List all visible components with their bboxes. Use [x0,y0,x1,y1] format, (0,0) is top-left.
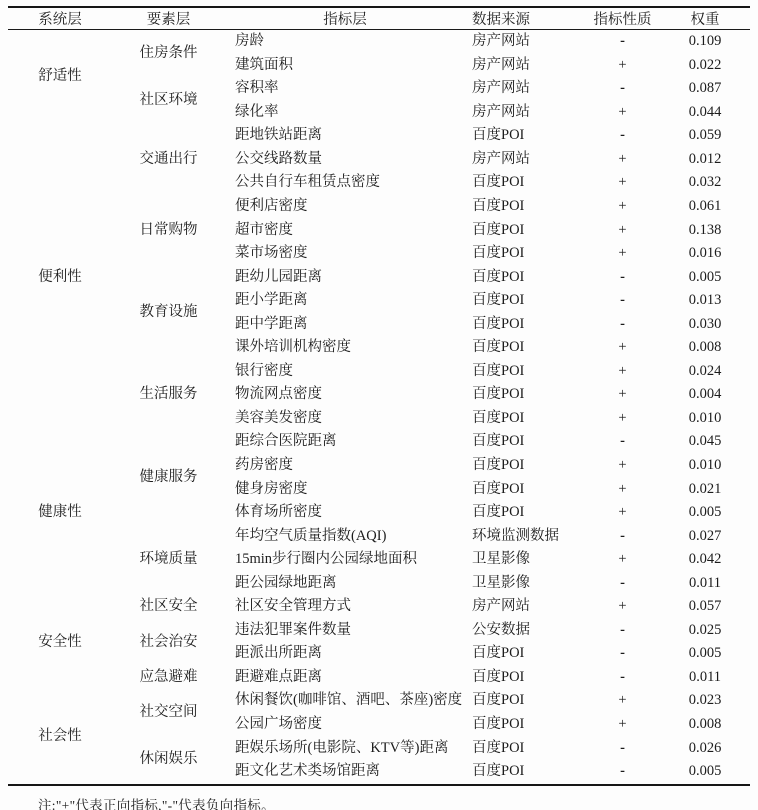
positive-sign: + [618,222,626,238]
source-cell: 百度POI [465,289,585,313]
indicator-cell: 药房密度 [225,454,465,478]
column-header-data-source: 数据来源 [465,7,585,30]
positive-sign: + [618,57,626,73]
source-cell: 卫星影像 [465,572,585,596]
negative-sign: - [620,575,625,591]
element-layer-cell: 社会治安 [112,619,225,666]
sign-cell: - [585,642,660,666]
table-row: 生活服务银行密度百度POI+0.024 [8,360,750,384]
negative-sign: - [620,80,625,96]
positive-sign: + [618,410,626,426]
source-cell: 百度POI [465,360,585,384]
source-cell: 百度POI [465,736,585,760]
indicator-cell: 建筑面积 [225,54,465,78]
weight-cell: 0.138 [660,218,750,242]
table-header-row: 系统层 要素层 指标层 数据来源 指标性质 权重 [8,7,750,30]
sign-cell: + [585,148,660,172]
weight-cell: 0.024 [660,360,750,384]
source-cell: 百度POI [465,242,585,266]
weight-cell: 0.010 [660,454,750,478]
positive-sign: + [618,174,626,190]
source-cell: 百度POI [465,689,585,713]
weight-cell: 0.061 [660,195,750,219]
positive-sign: + [618,151,626,167]
source-cell: 百度POI [465,477,585,501]
indicator-table-body: 舒适性住房条件房龄房产网站-0.109建筑面积房产网站+0.022社区环境容积率… [8,30,750,785]
positive-sign: + [618,481,626,497]
sign-cell: + [585,383,660,407]
weight-cell: 0.016 [660,242,750,266]
source-cell: 房产网站 [465,148,585,172]
table-row: 环境质量年均空气质量指数(AQI)环境监测数据-0.027 [8,524,750,548]
weight-cell: 0.109 [660,30,750,54]
element-layer-cell: 住房条件 [112,30,225,78]
element-layer-cell: 健康服务 [112,430,225,524]
sign-cell: + [585,336,660,360]
sign-cell: + [585,218,660,242]
weight-cell: 0.021 [660,477,750,501]
table-row: 便利性交通出行距地铁站距离百度POI-0.059 [8,124,750,148]
weight-cell: 0.087 [660,77,750,101]
element-layer-cell: 休闲娱乐 [112,736,225,784]
weight-cell: 0.044 [660,101,750,125]
column-header-indicator-sign: 指标性质 [585,7,660,30]
sign-cell: - [585,289,660,313]
table-note: 注:"+"代表正向指标,"-"代表负向指标。 [38,794,758,810]
indicator-cell: 绿化率 [225,101,465,125]
sign-cell: + [585,548,660,572]
negative-sign: - [620,763,625,779]
negative-sign: - [620,33,625,49]
negative-sign: - [620,645,625,661]
positive-sign: + [618,339,626,355]
indicator-cell: 违法犯罪案件数量 [225,619,465,643]
weight-cell: 0.059 [660,124,750,148]
indicator-cell: 距避难点距离 [225,666,465,690]
sign-cell: - [585,30,660,54]
source-cell: 环境监测数据 [465,524,585,548]
source-cell: 房产网站 [465,101,585,125]
positive-sign: + [618,551,626,567]
indicator-cell: 菜市场密度 [225,242,465,266]
indicator-cell: 房龄 [225,30,465,54]
indicator-cell: 距娱乐场所(电影院、KTV等)距离 [225,736,465,760]
weight-cell: 0.042 [660,548,750,572]
indicator-cell: 距地铁站距离 [225,124,465,148]
indicator-cell: 银行密度 [225,360,465,384]
element-layer-cell: 社区安全 [112,595,225,619]
indicator-cell: 美容美发密度 [225,407,465,431]
source-cell: 百度POI [465,218,585,242]
indicator-cell: 容积率 [225,77,465,101]
system-layer-cell: 便利性 [8,124,112,430]
weight-cell: 0.032 [660,171,750,195]
element-layer-cell: 日常购物 [112,195,225,266]
indicator-cell: 健身房密度 [225,477,465,501]
negative-sign: - [620,622,625,638]
negative-sign: - [620,433,625,449]
table-row: 健康性健康服务距综合医院距离百度POI-0.045 [8,430,750,454]
weight-cell: 0.008 [660,336,750,360]
element-layer-cell: 生活服务 [112,360,225,431]
source-cell: 百度POI [465,195,585,219]
source-cell: 房产网站 [465,595,585,619]
indicator-cell: 课外培训机构密度 [225,336,465,360]
sign-cell: - [585,313,660,337]
weight-cell: 0.005 [660,265,750,289]
sign-cell: - [585,524,660,548]
sign-cell: + [585,713,660,737]
source-cell: 卫星影像 [465,548,585,572]
positive-sign: + [618,198,626,214]
weight-cell: 0.011 [660,572,750,596]
source-cell: 百度POI [465,383,585,407]
weight-cell: 0.005 [660,501,750,525]
element-layer-cell: 社交空间 [112,689,225,736]
indicator-cell: 公共自行车租赁点密度 [225,171,465,195]
system-layer-cell: 舒适性 [8,30,112,125]
weight-cell: 0.026 [660,736,750,760]
weight-cell: 0.027 [660,524,750,548]
indicator-cell: 距公园绿地距离 [225,572,465,596]
source-cell: 百度POI [465,124,585,148]
positive-sign: + [618,504,626,520]
sign-cell: - [585,572,660,596]
weight-cell: 0.057 [660,595,750,619]
weight-cell: 0.045 [660,430,750,454]
source-cell: 百度POI [465,666,585,690]
table-row: 社会治安违法犯罪案件数量公安数据-0.025 [8,619,750,643]
positive-sign: + [618,245,626,261]
weight-cell: 0.005 [660,760,750,785]
negative-sign: - [620,127,625,143]
table-row: 教育设施距幼儿园距离百度POI-0.005 [8,265,750,289]
column-header-system-layer: 系统层 [8,7,112,30]
table-row: 社区环境容积率房产网站-0.087 [8,77,750,101]
table-row: 社会性社交空间休闲餐饮(咖啡馆、酒吧、茶座)密度百度POI+0.023 [8,689,750,713]
column-header-weight: 权重 [660,7,750,30]
indicator-cell: 15min步行圈内公园绿地面积 [225,548,465,572]
table-row: 应急避难距避难点距离百度POI-0.011 [8,666,750,690]
negative-sign: - [620,740,625,756]
positive-sign: + [618,104,626,120]
table-row: 安全性社区安全社区安全管理方式房产网站+0.057 [8,595,750,619]
table-row: 舒适性住房条件房龄房产网站-0.109 [8,30,750,54]
indicator-cell: 公园广场密度 [225,713,465,737]
source-cell: 百度POI [465,642,585,666]
system-layer-cell: 健康性 [8,430,112,595]
negative-sign: - [620,292,625,308]
source-cell: 百度POI [465,454,585,478]
sign-cell: - [585,619,660,643]
indicator-cell: 年均空气质量指数(AQI) [225,524,465,548]
indicator-system-table: 系统层 要素层 指标层 数据来源 指标性质 权重 舒适性住房条件房龄房产网站-0… [8,6,750,786]
source-cell: 百度POI [465,265,585,289]
negative-sign: - [620,316,625,332]
sign-cell: + [585,407,660,431]
positive-sign: + [618,692,626,708]
negative-sign: - [620,528,625,544]
sign-cell: - [585,77,660,101]
source-cell: 房产网站 [465,54,585,78]
positive-sign: + [618,457,626,473]
sign-cell: + [585,454,660,478]
indicator-cell: 距小学距离 [225,289,465,313]
table-row: 日常购物便利店密度百度POI+0.061 [8,195,750,219]
weight-cell: 0.004 [660,383,750,407]
system-layer-cell: 安全性 [8,595,112,689]
element-layer-cell: 环境质量 [112,524,225,595]
sign-cell: + [585,477,660,501]
element-layer-cell: 社区环境 [112,77,225,124]
positive-sign: + [618,716,626,732]
sign-cell: - [585,430,660,454]
element-layer-cell: 教育设施 [112,265,225,359]
source-cell: 百度POI [465,171,585,195]
weight-cell: 0.010 [660,407,750,431]
sign-cell: + [585,360,660,384]
source-cell: 百度POI [465,760,585,785]
column-header-element-layer: 要素层 [112,7,225,30]
indicator-cell: 距派出所距离 [225,642,465,666]
negative-sign: - [620,269,625,285]
negative-sign: - [620,669,625,685]
sign-cell: + [585,501,660,525]
element-layer-cell: 交通出行 [112,124,225,195]
source-cell: 百度POI [465,501,585,525]
sign-cell: + [585,595,660,619]
weight-cell: 0.011 [660,666,750,690]
table-row: 休闲娱乐距娱乐场所(电影院、KTV等)距离百度POI-0.026 [8,736,750,760]
sign-cell: - [585,124,660,148]
sign-cell: + [585,101,660,125]
indicator-cell: 距幼儿园距离 [225,265,465,289]
indicator-cell: 距中学距离 [225,313,465,337]
source-cell: 百度POI [465,313,585,337]
positive-sign: + [618,363,626,379]
indicator-cell: 体育场所密度 [225,501,465,525]
weight-cell: 0.025 [660,619,750,643]
weight-cell: 0.030 [660,313,750,337]
sign-cell: + [585,195,660,219]
source-cell: 房产网站 [465,77,585,101]
positive-sign: + [618,386,626,402]
sign-cell: - [585,265,660,289]
weight-cell: 0.023 [660,689,750,713]
indicator-cell: 公交线路数量 [225,148,465,172]
positive-sign: + [618,598,626,614]
sign-cell: + [585,54,660,78]
indicator-cell: 物流网点密度 [225,383,465,407]
source-cell: 百度POI [465,430,585,454]
sign-cell: + [585,171,660,195]
paper-table-page: 系统层 要素层 指标层 数据来源 指标性质 权重 舒适性住房条件房龄房产网站-0… [0,6,758,810]
source-cell: 百度POI [465,407,585,431]
source-cell: 房产网站 [465,30,585,54]
weight-cell: 0.012 [660,148,750,172]
sign-cell: + [585,689,660,713]
source-cell: 百度POI [465,713,585,737]
source-cell: 公安数据 [465,619,585,643]
weight-cell: 0.008 [660,713,750,737]
sign-cell: - [585,666,660,690]
weight-cell: 0.013 [660,289,750,313]
sign-cell: - [585,760,660,785]
indicator-cell: 超市密度 [225,218,465,242]
weight-cell: 0.022 [660,54,750,78]
column-header-indicator-layer: 指标层 [225,7,465,30]
system-layer-cell: 社会性 [8,689,112,784]
indicator-cell: 休闲餐饮(咖啡馆、酒吧、茶座)密度 [225,689,465,713]
indicator-cell: 距文化艺术类场馆距离 [225,760,465,785]
indicator-cell: 社区安全管理方式 [225,595,465,619]
sign-cell: - [585,736,660,760]
sign-cell: + [585,242,660,266]
element-layer-cell: 应急避难 [112,666,225,690]
weight-cell: 0.005 [660,642,750,666]
indicator-cell: 便利店密度 [225,195,465,219]
indicator-cell: 距综合医院距离 [225,430,465,454]
source-cell: 百度POI [465,336,585,360]
